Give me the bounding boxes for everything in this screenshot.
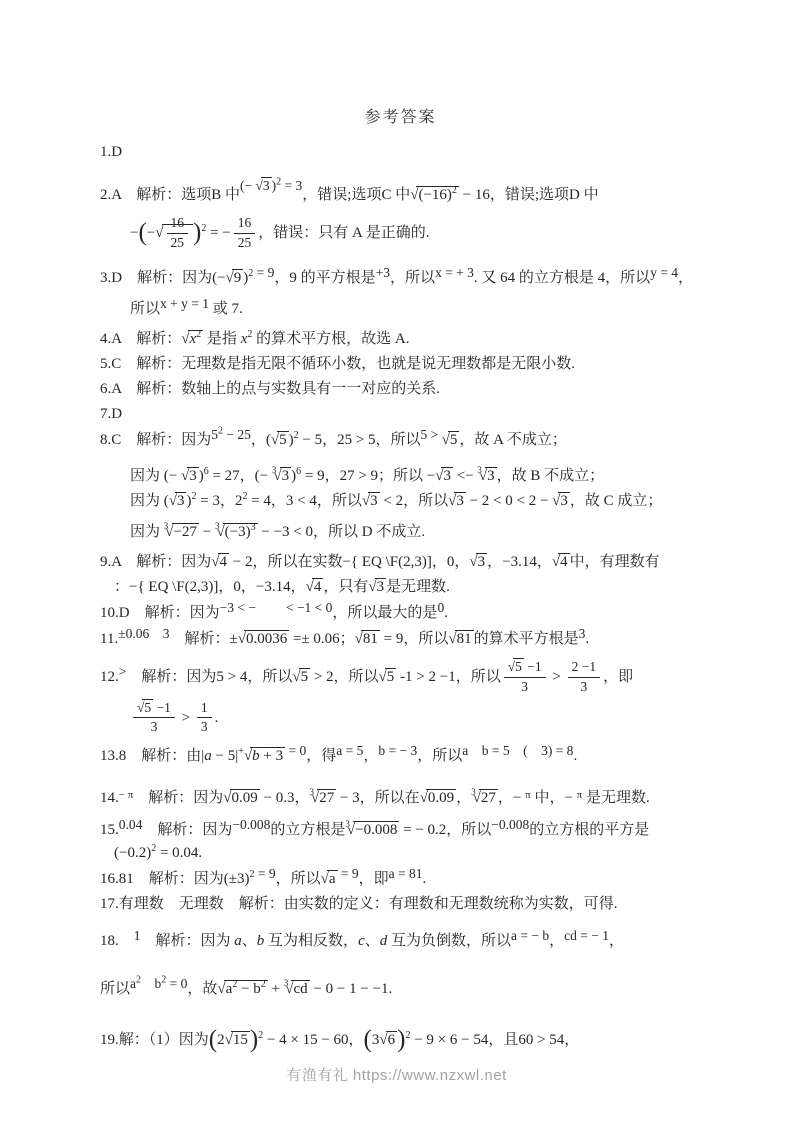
- answer-line: √5 −13 > 13.: [130, 700, 701, 737]
- document-content: 参考答案 1.D2.A 解析：选项B 中(− √3)2 = 3，错误;选项C 中…: [0, 0, 793, 1051]
- answer-line: 7.D: [100, 404, 701, 425]
- answer-line: 12.> 解析：因为5 > 4，所以√5 > 2，所以√5 -1 > 2 −1，…: [100, 659, 701, 696]
- answer-line: 18. 1 解析：因为 a、b 互为相反数，c、d 互为负倒数，所以a = − …: [100, 930, 701, 952]
- answer-line: 1.D: [100, 142, 701, 163]
- answer-line: 所以x + y = 1 或 7.: [130, 298, 701, 320]
- answer-line: 5.C 解析：无理数是指无限不循环小数，也就是说无理数都是无限小数.: [100, 354, 701, 375]
- answer-line: 3.D 解析：因为(−√9)2 = 9，9 的平方根是+3，所以x = + 3.…: [100, 267, 701, 289]
- answer-line: 15.0.04 解析：因为−0.008的立方根是3√−0.008 = − 0.2…: [100, 814, 701, 841]
- answer-line: 2.A 解析：选项B 中(− √3)2 = 3，错误;选项C 中√(−16)2 …: [100, 184, 701, 206]
- answer-line: 16.81 解析：因为(±3)2 = 9，所以√a = 9，即a = 81.: [100, 868, 701, 890]
- answer-line: 10.D 解析：因为−3 < − < −1 < 0，所以最大的是0.: [100, 602, 701, 624]
- answer-line: ：−{ EQ \F(2,3)]，0，−3.14，√4，只有√3是无理数.: [114, 577, 701, 598]
- answer-line: 因为 (√3)2 = 3，22 = 4，3 < 4，所以√3 < 2，所以√3 …: [130, 491, 701, 512]
- answer-line: (−0.2)2 = 0.04.: [114, 843, 701, 864]
- answers-list: 1.D2.A 解析：选项B 中(− √3)2 = 3，错误;选项C 中√(−16…: [100, 142, 701, 1051]
- answer-line: 9.A 解析：因为√4 − 2，所以在实数−{ EQ \F(2,3)]，0，√3…: [100, 552, 701, 573]
- answer-line: 因为 3√−27 − 3√(−3)3 − −3 < 0，所以 D 不成立.: [130, 516, 701, 543]
- answer-line: 8.C 解析：因为52 − 25，(√5)2 − 5，25 > 5，所以5 > …: [100, 429, 701, 451]
- answer-line: 11.±0.06 3 解析：±√0.0036 =± 0.06；√81 = 9，所…: [100, 628, 701, 650]
- document-page: 参考答案 1.D2.A 解析：选项B 中(− √3)2 = 3，错误;选项C 中…: [0, 0, 793, 1122]
- answer-line: 13.8 解析：由|a − 5|+√b + 3 = 0，得a = 5，b = −…: [100, 745, 701, 767]
- answer-line: 6.A 解析：数轴上的点与实数具有一一对应的关系.: [100, 379, 701, 400]
- answer-line: 19.解：（1）因为(2√15)2 − 4 × 15 − 60，(3√6)2 −…: [100, 1030, 701, 1051]
- answer-line: 因为 (− √3)6 = 27，(− 3√3)6 = 9，27 > 9；所以 −…: [130, 460, 701, 487]
- answer-line: 所以a2 b2 = 0，故√a2 − b2 + 3√cd − 0 − 1 − −…: [100, 973, 701, 1000]
- answer-line: 17.有理数 无理数 解析：由实数的定义：有理数和无理数统称为实数，可得.: [100, 894, 701, 915]
- answer-line: −(−√1625)2 = −1625，错误：只有 A 是正确的.: [130, 215, 701, 252]
- footer-watermark: 有渔有礼 https://www.nzxwl.net: [0, 1064, 793, 1085]
- answer-line: 14.− π 解析：因为√0.09 − 0.3，3√27 − 3，所以在√0.0…: [100, 782, 701, 810]
- page-title: 参考答案: [100, 104, 701, 127]
- answer-line: 4.A 解析：√x2 是指 x2 的算术平方根，故选 A.: [100, 329, 701, 350]
